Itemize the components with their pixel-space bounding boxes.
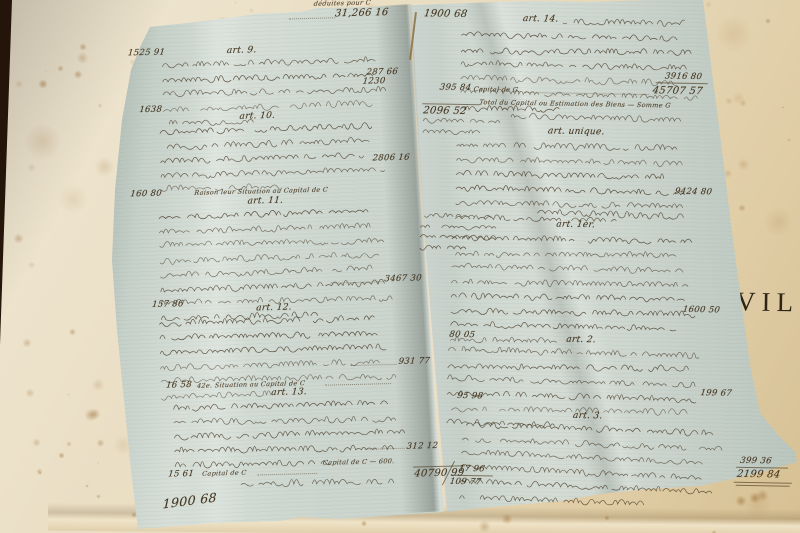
section-total: 2096 52 xyxy=(422,105,467,117)
article-header: art. 2. xyxy=(566,335,597,345)
section-heading-script xyxy=(510,111,695,129)
margin-amount: 17 96 xyxy=(458,464,485,474)
right-page-writing: 1900 68 art. 14. 3916 80 45707 57 395 84… xyxy=(0,0,800,533)
capital-g-note: Capital de G. xyxy=(473,85,521,94)
manuscript-photo: VILS déduites pour C 31,266 16 1525 91 a… xyxy=(0,0,800,533)
article-3-text xyxy=(458,417,730,516)
grand-total: 45707 57 xyxy=(652,85,704,97)
margin-amount: 1600 50 xyxy=(682,305,721,316)
article-header: art. 1er. xyxy=(556,220,596,231)
article-header: art. 3. xyxy=(572,411,603,421)
margin-amount: 109 77 xyxy=(449,477,482,488)
article-header: art. unique. xyxy=(547,126,605,137)
article-header: art. 14. xyxy=(522,14,559,25)
total-rule xyxy=(734,482,792,484)
total-rule xyxy=(736,485,790,487)
carried-total: 1900 68 xyxy=(423,8,468,20)
marginal-note xyxy=(422,117,502,139)
margin-amount: 9424 80 xyxy=(674,187,713,198)
margin-amount: 3916 80 xyxy=(664,71,703,82)
margin-amount: 399 36 xyxy=(739,456,772,467)
margin-amount: 80 05 xyxy=(449,330,476,340)
article-14-title-text xyxy=(562,16,690,33)
margin-amount: 395 84 xyxy=(439,83,472,94)
margin-amount: 199 67 xyxy=(700,388,733,399)
page-total: 2199 84 xyxy=(736,469,781,481)
margin-amount: 95 98 xyxy=(457,391,484,401)
